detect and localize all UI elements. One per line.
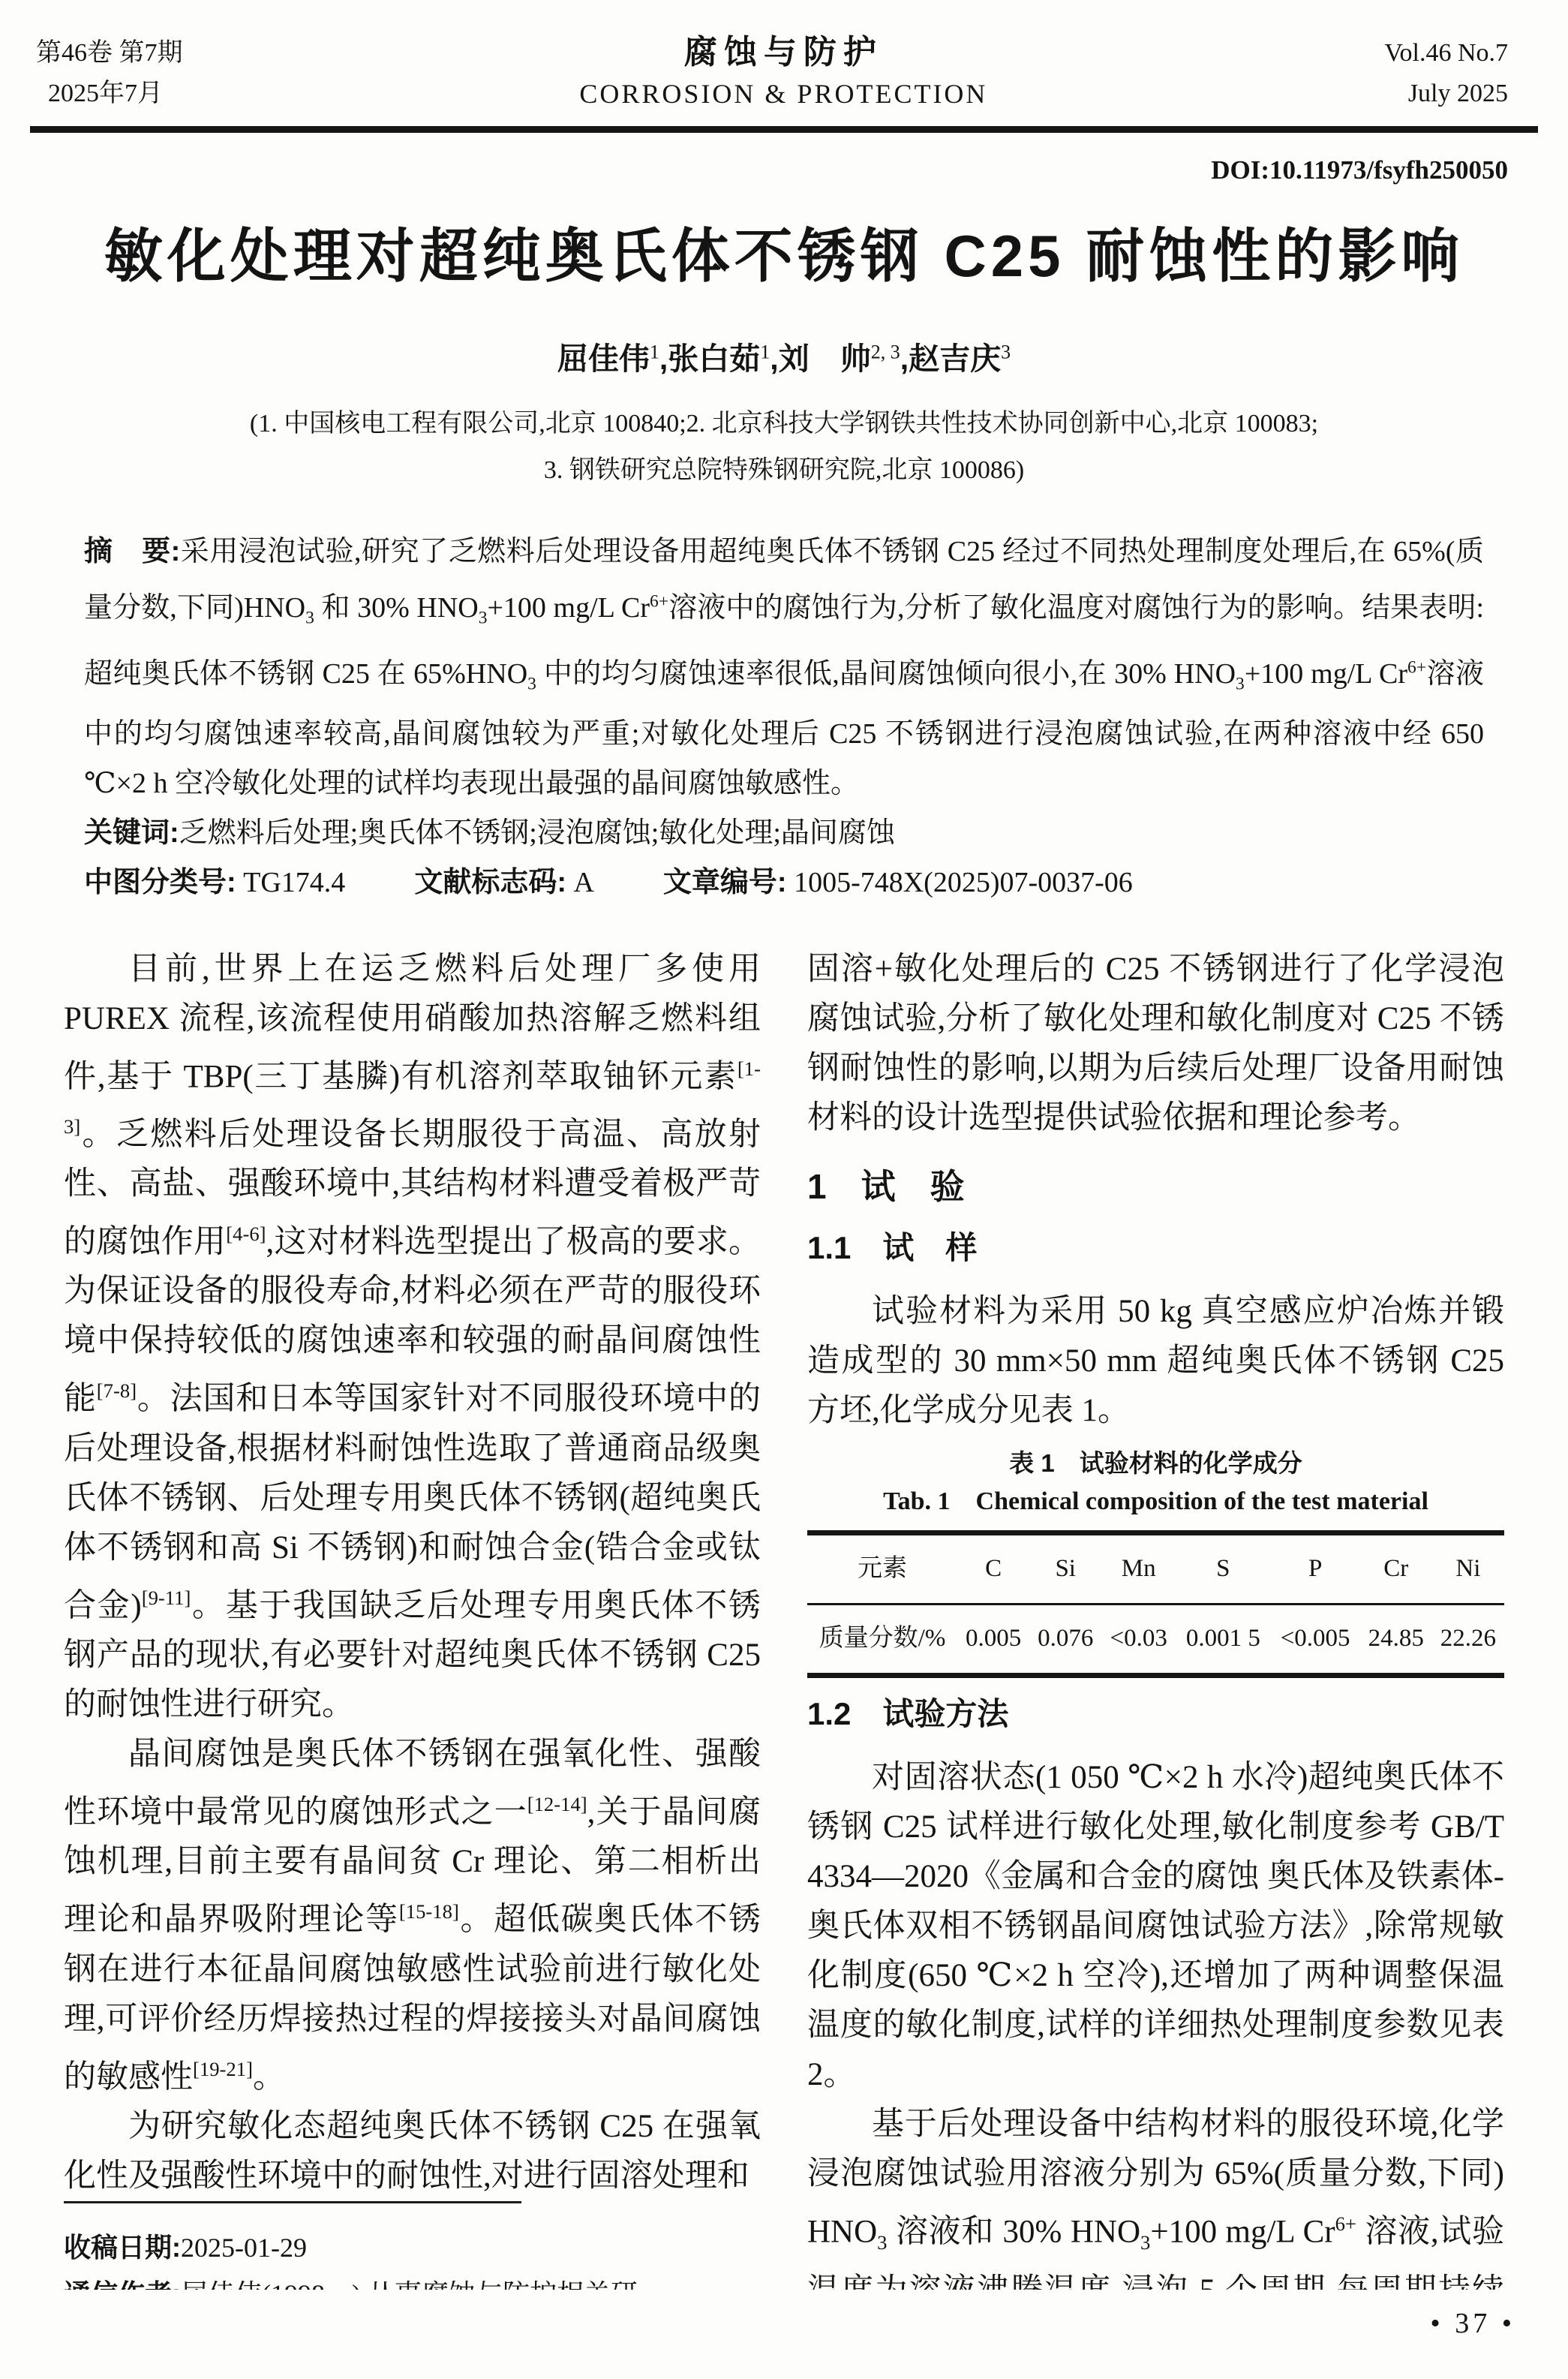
paragraph-purpose: 为研究敏化态超纯奥氏体不锈钢 C25 在强氧化性及强酸性环境中的耐蚀性,对进行固… bbox=[64, 2102, 761, 2201]
front-matter: 摘 要:采用浸泡试验,研究了乏燃料后处理设备用超纯奥氏体不锈钢 C25 经过不同… bbox=[84, 527, 1484, 907]
date-zh: 2025年7月 bbox=[36, 74, 183, 114]
section-heading-1-1: 1.1 试 样 bbox=[807, 1227, 1504, 1269]
page-number: • 37 • bbox=[1430, 2307, 1515, 2340]
keywords-line: 关键词:乏燃料后处理;奥氏体不锈钢;浸泡腐蚀;敏化处理;晶间腐蚀 bbox=[84, 808, 1484, 858]
keywords-text: 乏燃料后处理;奥氏体不锈钢;浸泡腐蚀;敏化处理;晶间腐蚀 bbox=[179, 817, 895, 849]
paragraph-method-2: 基于后处理设备中结构材料的服役环境,化学浸泡腐蚀试验用溶液分别为 65%(质量分… bbox=[807, 2100, 1504, 2290]
table-cell: <0.03 bbox=[1101, 1604, 1176, 1675]
journal-header: 第46卷 第7期 2025年7月 腐蚀与防护 CORROSION & PROTE… bbox=[0, 0, 1568, 116]
table-cell: 22.26 bbox=[1432, 1604, 1504, 1675]
paragraph-purpose-continued: 固溶+敏化处理后的 C25 不锈钢进行了化学浸泡腐蚀试验,分析了敏化处理和敏化制… bbox=[807, 945, 1504, 1143]
table-header-cell: C bbox=[957, 1532, 1029, 1604]
footnote-block: 收稿日期:2025-01-29 通信作者:屈佳伟(1998—),从事腐蚀与防护相… bbox=[64, 2201, 761, 2289]
section-heading-1-2: 1.2 试验方法 bbox=[807, 1693, 1504, 1735]
issue-info: 第46卷 第7期 2025年7月 bbox=[36, 33, 183, 114]
table-header-cell: P bbox=[1271, 1532, 1360, 1604]
paragraph-intro: 目前,世界上在运乏燃料后处理厂多使用 PUREX 流程,该流程使用硝酸加热溶解乏… bbox=[64, 945, 761, 1731]
table-cell: 0.005 bbox=[957, 1604, 1029, 1675]
abstract-text: 采用浸泡试验,研究了乏燃料后处理设备用超纯奥氏体不锈钢 C25 经过不同热处理制… bbox=[84, 536, 1484, 799]
volume-issue-en: Vol.46 No.7 bbox=[1384, 33, 1508, 74]
table-header-cell: S bbox=[1176, 1532, 1271, 1604]
table-1-chemical-composition: 元素 C Si Mn S P Cr Ni 质量分数/% 0.005 0.076 bbox=[807, 1530, 1504, 1678]
issue-info-en: Vol.46 No.7 July 2025 bbox=[1384, 33, 1508, 114]
table-header-row: 元素 C Si Mn S P Cr Ni bbox=[807, 1532, 1504, 1604]
abstract: 摘 要:采用浸泡试验,研究了乏燃料后处理设备用超纯奥氏体不锈钢 C25 经过不同… bbox=[84, 527, 1484, 808]
right-column: 固溶+敏化处理后的 C25 不锈钢进行了化学浸泡腐蚀试验,分析了敏化处理和敏化制… bbox=[807, 945, 1504, 2290]
journal-name-block: 腐蚀与防护 CORROSION & PROTECTION bbox=[579, 33, 987, 116]
paragraph-method-1: 对固溶状态(1 050 ℃×2 h 水冷)超纯奥氏体不锈钢 C25 试样进行敏化… bbox=[807, 1753, 1504, 2100]
table-header-cell: 元素 bbox=[807, 1532, 957, 1604]
authors-line: 屈佳伟1,张白茹1,刘 帅2, 3,赵吉庆3 bbox=[0, 334, 1568, 378]
date-en: July 2025 bbox=[1384, 74, 1508, 114]
table-header-cell: Ni bbox=[1432, 1532, 1504, 1604]
table-cell: 0.001 5 bbox=[1176, 1604, 1271, 1675]
journal-name-en: CORROSION & PROTECTION bbox=[579, 72, 987, 116]
table-row-label: 质量分数/% bbox=[807, 1604, 957, 1675]
table-header-cell: Si bbox=[1029, 1532, 1101, 1604]
body-columns: 目前,世界上在运乏燃料后处理厂多使用 PUREX 流程,该流程使用硝酸加热溶解乏… bbox=[0, 945, 1568, 2290]
affiliation-line: 3. 钢铁研究总院特殊钢研究院,北京 100086) bbox=[0, 447, 1568, 494]
footnote-rule bbox=[64, 2201, 521, 2203]
table-cell: <0.005 bbox=[1271, 1604, 1360, 1675]
abstract-label: 摘 要: bbox=[84, 536, 180, 567]
corresponding-author-line: 通信作者:屈佳伟(1998—),从事腐蚀与防护相关研究,15901207353,… bbox=[64, 2271, 761, 2289]
clc-number: 中图分类号: TG174.4 bbox=[84, 867, 345, 898]
keywords-label: 关键词: bbox=[84, 817, 179, 849]
paragraph-igc-theory: 晶间腐蚀是奥氏体不锈钢在强氧化性、强酸性环境中最常见的腐蚀形式之一[12-14]… bbox=[64, 1730, 761, 2102]
journal-name-zh: 腐蚀与防护 bbox=[579, 33, 987, 72]
volume-issue-zh: 第46卷 第7期 bbox=[36, 33, 183, 74]
left-column: 目前,世界上在运乏燃料后处理厂多使用 PUREX 流程,该流程使用硝酸加热溶解乏… bbox=[64, 945, 761, 2290]
doi-text: DOI:10.11973/fsyfh250050 bbox=[0, 155, 1508, 185]
article-number: 文章编号: 1005-748X(2025)07-0037-06 bbox=[663, 867, 1133, 898]
affiliation-line: (1. 中国核电工程有限公司,北京 100840;2. 北京科技大学钢铁共性技术… bbox=[0, 401, 1568, 447]
journal-page: 第46卷 第7期 2025年7月 腐蚀与防护 CORROSION & PROTE… bbox=[0, 0, 1568, 2379]
received-date-line: 收稿日期:2025-01-29 bbox=[64, 2224, 761, 2271]
document-code: 文献标志码: A bbox=[414, 867, 594, 898]
classification-line: 中图分类号: TG174.4文献标志码: A文章编号: 1005-748X(20… bbox=[84, 858, 1484, 907]
table1-caption-en: Tab. 1 Chemical composition of the test … bbox=[807, 1482, 1504, 1521]
table1-caption-zh: 表 1 试验材料的化学成分 bbox=[807, 1445, 1504, 1482]
table-row: 质量分数/% 0.005 0.076 <0.03 0.001 5 <0.005 … bbox=[807, 1604, 1504, 1675]
table-cell: 24.85 bbox=[1360, 1604, 1432, 1675]
table-header-cell: Cr bbox=[1360, 1532, 1432, 1604]
article-title: 敏化处理对超纯奥氏体不锈钢 C25 耐蚀性的影响 bbox=[45, 220, 1523, 292]
affiliations-block: (1. 中国核电工程有限公司,北京 100840;2. 北京科技大学钢铁共性技术… bbox=[0, 401, 1568, 494]
section-heading-1: 1 试 验 bbox=[807, 1164, 1504, 1209]
paragraph-sample: 试验材料为采用 50 kg 真空感应炉冶炼并锻造成型的 30 mm×50 mm … bbox=[807, 1287, 1504, 1436]
table-header-cell: Mn bbox=[1101, 1532, 1176, 1604]
table-cell: 0.076 bbox=[1029, 1604, 1101, 1675]
header-divider-rule bbox=[30, 126, 1538, 133]
